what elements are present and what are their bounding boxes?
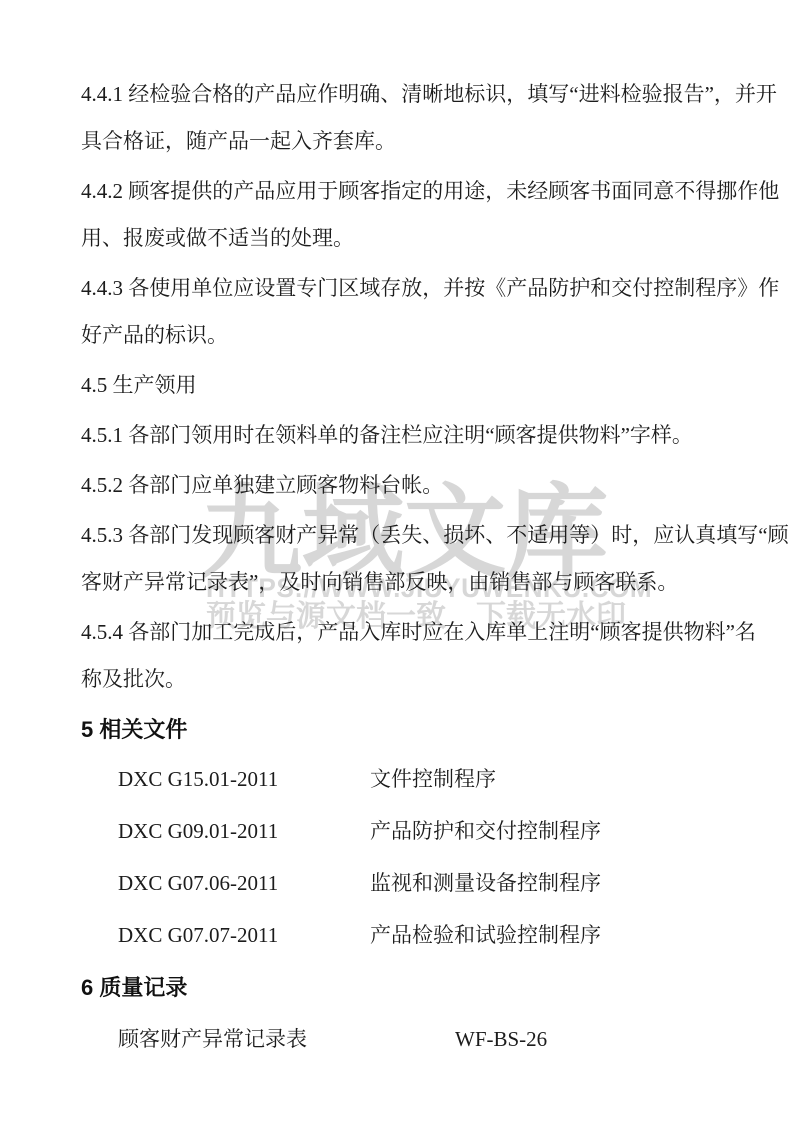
document-code: DXC G07.06-2011	[118, 860, 370, 907]
related-document-row: DXC G07.06-2011 监视和测量设备控制程序	[81, 860, 718, 907]
paragraph-4-5-2-line-1: 4.5.2 各部门应单独建立顾客物料台帐。	[81, 462, 718, 509]
document-title: 产品检验和试验控制程序	[370, 912, 601, 959]
paragraph-4-5-3: 4.5.3 各部门发现顾客财产异常（丢失、损坏、不适用等）时，应认真填写“顾 客…	[81, 512, 718, 606]
paragraph-4-4-3-line-2: 好产品的标识。	[81, 312, 718, 359]
paragraph-4-4-1: 4.4.1 经检验合格的产品应作明确、清晰地标识，填写“进料检验报告”，并开 具…	[81, 71, 718, 165]
paragraph-4-5-1-line-1: 4.5.1 各部门领用时在领料单的备注栏应注明“顾客提供物料”字样。	[81, 412, 718, 459]
document-title: 文件控制程序	[370, 756, 496, 803]
paragraph-4-5-1: 4.5.1 各部门领用时在领料单的备注栏应注明“顾客提供物料”字样。	[81, 412, 718, 459]
subheading-4-5: 4.5 生产领用	[81, 362, 718, 409]
paragraph-4-4-1-line-2: 具合格证，随产品一起入齐套库。	[81, 118, 718, 165]
section-heading-related-documents: 5 相关文件	[81, 706, 718, 753]
section-heading-quality-records: 6 质量记录	[81, 964, 718, 1011]
record-name: 顾客财产异常记录表	[118, 1016, 455, 1063]
subheading-4-5-text: 4.5 生产领用	[81, 362, 718, 409]
paragraph-4-4-2-line-1: 4.4.2 顾客提供的产品应用于顾客指定的用途，未经顾客书面同意不得挪作他	[81, 168, 718, 215]
paragraph-4-4-2-line-2: 用、报废或做不适当的处理。	[81, 215, 718, 262]
paragraph-4-5-3-line-1: 4.5.3 各部门发现顾客财产异常（丢失、损坏、不适用等）时，应认真填写“顾	[81, 512, 718, 559]
quality-record-row: 顾客财产异常记录表 WF-BS-26	[81, 1016, 718, 1063]
paragraph-4-4-1-line-1: 4.4.1 经检验合格的产品应作明确、清晰地标识，填写“进料检验报告”，并开	[81, 71, 718, 118]
paragraph-4-5-2: 4.5.2 各部门应单独建立顾客物料台帐。	[81, 462, 718, 509]
quality-records-list: 顾客财产异常记录表 WF-BS-26	[81, 1016, 718, 1063]
document-title: 监视和测量设备控制程序	[370, 860, 601, 907]
section-heading-related-documents-text: 5 相关文件	[81, 706, 718, 753]
section-heading-quality-records-text: 6 质量记录	[81, 964, 718, 1011]
document-code: DXC G15.01-2011	[118, 756, 370, 803]
document-title: 产品防护和交付控制程序	[370, 808, 601, 855]
related-document-row: DXC G07.07-2011 产品检验和试验控制程序	[81, 912, 718, 959]
document-content: 4.4.1 经检验合格的产品应作明确、清晰地标识，填写“进料检验报告”，并开 具…	[0, 0, 793, 1063]
paragraph-4-5-4-line-1: 4.5.4 各部门加工完成后，产品入库时应在入库单上注明“顾客提供物料”名	[81, 609, 718, 656]
record-code: WF-BS-26	[455, 1016, 547, 1063]
document-code: DXC G07.07-2011	[118, 912, 370, 959]
related-documents-list: DXC G15.01-2011 文件控制程序 DXC G09.01-2011 产…	[81, 756, 718, 959]
related-document-row: DXC G09.01-2011 产品防护和交付控制程序	[81, 808, 718, 855]
paragraph-4-5-3-line-2: 客财产异常记录表”，及时向销售部反映，由销售部与顾客联系。	[81, 559, 718, 606]
paragraph-4-4-3-line-1: 4.4.3 各使用单位应设置专门区域存放，并按《产品防护和交付控制程序》作	[81, 265, 718, 312]
document-page: 九域文库 HTTPS://WWW.JIUYUWENKU.COM 预览与源文档一致…	[0, 0, 793, 1122]
document-code: DXC G09.01-2011	[118, 808, 370, 855]
paragraph-4-5-4: 4.5.4 各部门加工完成后，产品入库时应在入库单上注明“顾客提供物料”名 称及…	[81, 609, 718, 703]
paragraph-4-4-3: 4.4.3 各使用单位应设置专门区域存放，并按《产品防护和交付控制程序》作 好产…	[81, 265, 718, 359]
paragraph-4-4-2: 4.4.2 顾客提供的产品应用于顾客指定的用途，未经顾客书面同意不得挪作他 用、…	[81, 168, 718, 262]
paragraph-4-5-4-line-2: 称及批次。	[81, 656, 718, 703]
related-document-row: DXC G15.01-2011 文件控制程序	[81, 756, 718, 803]
